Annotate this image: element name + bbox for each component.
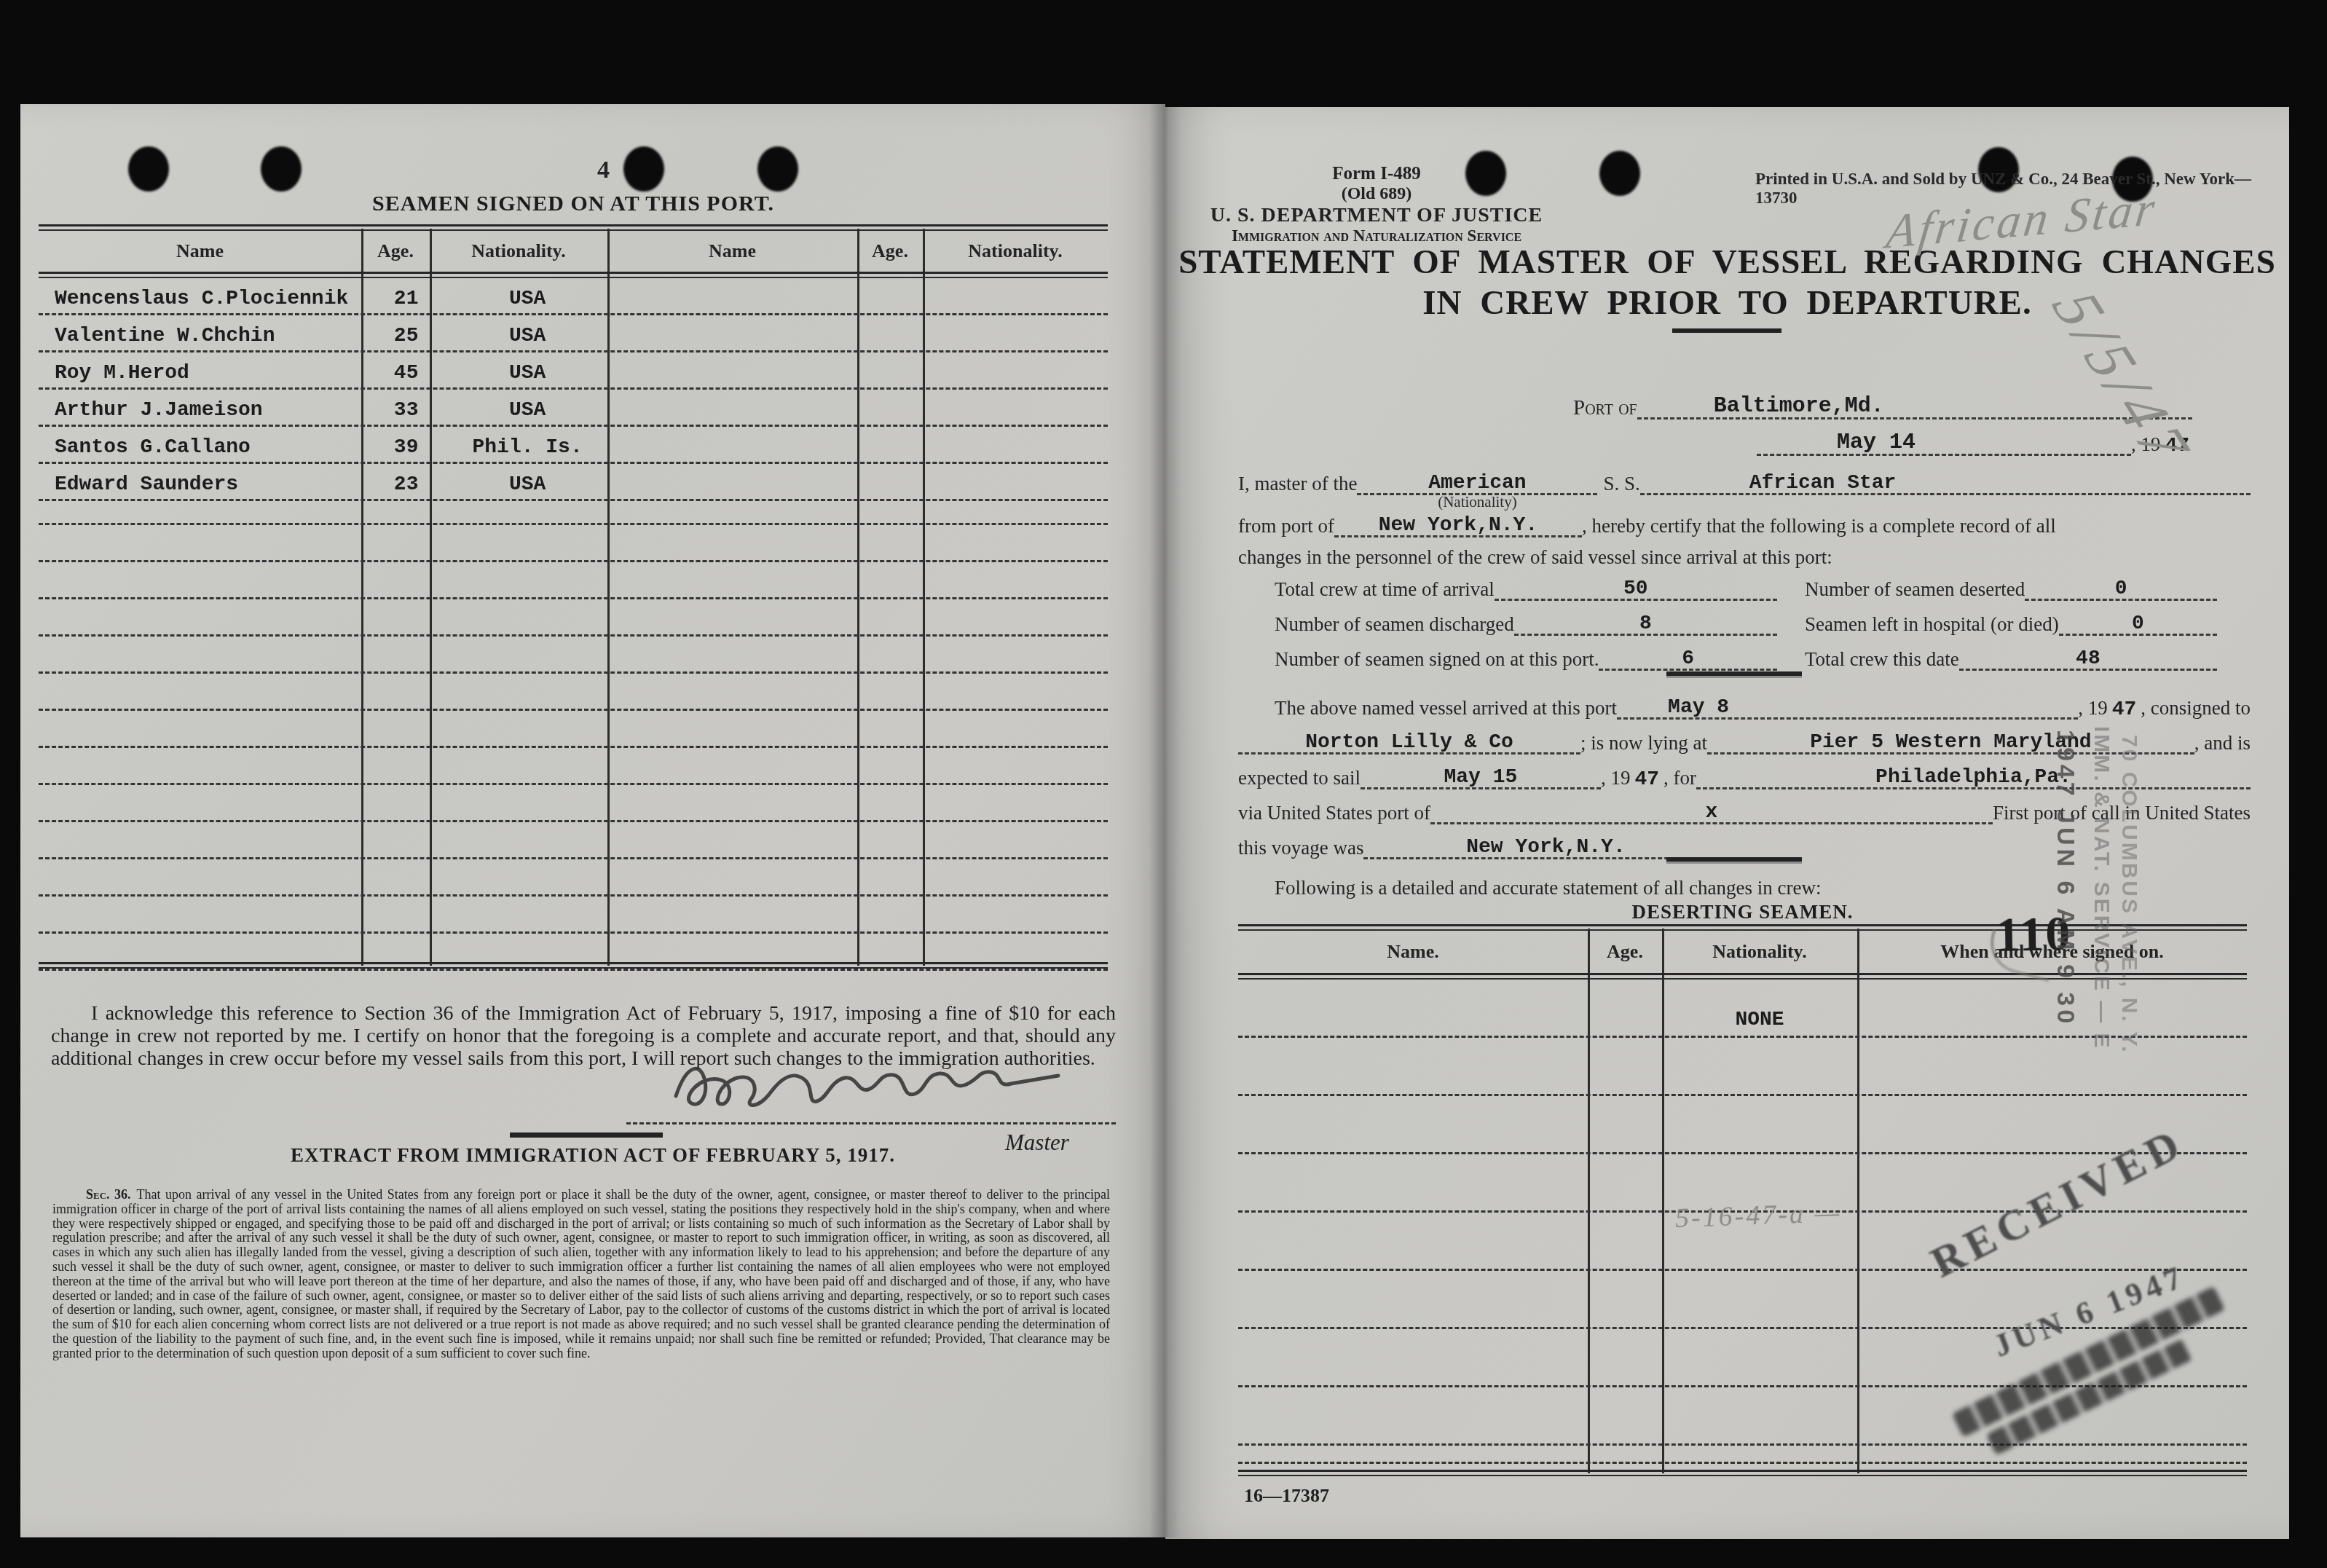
consignee-value: Norton Lilly & Co	[1305, 731, 1513, 754]
stat-field: Total crew this date 48	[1805, 643, 2245, 671]
for-label: , for	[1663, 766, 1696, 789]
sail-date: May 15	[1444, 766, 1518, 789]
column-header: Age.	[857, 240, 923, 262]
sail-label: expected to sail	[1238, 766, 1361, 789]
table-row-empty	[39, 748, 1108, 785]
seaman-age: 25	[394, 325, 419, 347]
stat-label: Total crew this date	[1805, 648, 1959, 671]
from-port-value: New York,N.Y.	[1379, 514, 1537, 537]
nationality-field: American (Nationality)	[1357, 467, 1597, 495]
department-name: U. S. DEPARTMENT OF JUSTICE	[1209, 204, 1544, 226]
from-port-line: from port of New York,N.Y. , hereby cert…	[1238, 509, 2251, 537]
page-number: 4	[597, 157, 610, 184]
ins-office-stamp-line1: IMM. & NAT. SERVICE — E	[2089, 726, 2114, 1050]
vessel-value: African Star	[1749, 472, 1897, 495]
page-fold-seam	[1149, 104, 1181, 1537]
punch-hole	[261, 146, 302, 192]
section-divider	[1666, 671, 1802, 676]
section-36-lead: Sec. 36.	[86, 1187, 131, 1202]
column-header: Nationality.	[923, 240, 1108, 262]
signature-line	[626, 1122, 1116, 1124]
via-field: x	[1430, 796, 1993, 824]
table-row-empty	[39, 599, 1108, 637]
stat-label: Seamen left in hospital (or died)	[1805, 613, 2059, 636]
seaman-nationality: USA	[509, 288, 546, 310]
stat-field: Seamen left in hospital (or died) 0	[1805, 608, 2245, 636]
seaman-name: Valentine W.Chchin	[55, 325, 275, 347]
nationality-value: American	[1428, 472, 1526, 495]
seaman-nationality: USA	[509, 399, 546, 422]
table-row-short	[1238, 1428, 2247, 1464]
arrived-date: May 8	[1668, 696, 1729, 719]
table-row: Wencenslaus C.Plociennik 21 USA	[39, 278, 1108, 315]
stat-leader: 48	[1959, 644, 2217, 671]
lying-value: Pier 5 Western Maryland	[1810, 731, 2091, 754]
certify-rest: , hereby certify that the following is a…	[1582, 514, 2056, 537]
right-page: Form I-489 (Old 689) U. S. DEPARTMENT OF…	[1165, 107, 2289, 1539]
arrived-year-label: , 19	[2078, 696, 2108, 720]
arrived-date-field: May 8	[1617, 691, 2078, 720]
column-header: Name	[607, 240, 857, 262]
stat-leader: 50	[1495, 574, 1777, 601]
following-line: Following is a detailed and accurate sta…	[1275, 876, 1821, 899]
voyage-label: this voyage was	[1238, 836, 1363, 859]
stat-leader: 8	[1514, 609, 1777, 636]
arrived-line: The above named vessel arrived at this p…	[1275, 691, 2251, 720]
table-row-empty	[39, 897, 1108, 934]
arrived-year: 47	[2112, 698, 2137, 721]
sail-dest-field: Philadelphia,Pa.	[1696, 761, 2251, 789]
table-row-empty	[39, 488, 1108, 525]
table-rule	[39, 224, 1108, 231]
sail-dest: Philadelphia,Pa.	[1875, 766, 2071, 789]
seamen-rows: Wencenslaus C.Plociennik 21 USA Valentin…	[39, 278, 1108, 501]
master-signature	[661, 1045, 1069, 1118]
form-print-code: 16—17387	[1244, 1485, 1329, 1507]
ss-label: S. S.	[1603, 472, 1639, 495]
from-port-label: from port of	[1238, 514, 1334, 537]
consignee-field: Norton Lilly & Co	[1238, 726, 1580, 755]
table-row: Santos G.Callano 39 Phil. Is.	[39, 427, 1108, 464]
crew-statistics: Total crew at time of arrival 50 Number …	[1275, 573, 2245, 671]
master-pre: I, master of the	[1238, 472, 1357, 495]
table-rule	[39, 962, 1108, 969]
stat-label: Total crew at time of arrival	[1275, 578, 1495, 601]
stat-leader: 0	[2025, 574, 2217, 601]
stat-label: Number of seamen deserted	[1805, 578, 2025, 601]
stat-field: Total crew at time of arrival 50	[1275, 573, 1805, 601]
table-rule	[39, 272, 1108, 278]
stat-value: 8	[1639, 612, 1652, 635]
ins-office-stamp-line2: 70 COLUMBUS AVE., N. Y.	[2117, 735, 2141, 1055]
scanned-document: 4 SEAMEN SIGNED ON AT THIS PORT. Name Ag…	[0, 0, 2327, 1568]
table-row: Arthur J.Jameison 33 USA	[39, 390, 1108, 427]
vessel-field: African Star	[1640, 467, 2251, 495]
voyage-value: New York,N.Y.	[1466, 836, 1625, 859]
consigned-label: , consigned to	[2141, 696, 2251, 720]
punch-hole	[1599, 151, 1640, 196]
table-row-empty	[39, 562, 1108, 599]
punch-hole	[757, 146, 798, 192]
via-label: via United States port of	[1238, 801, 1430, 824]
certify-line2: changes in the personnel of the crew of …	[1238, 545, 1832, 569]
form-number: Form I-489	[1209, 164, 1544, 184]
table-row-empty	[39, 711, 1108, 748]
voyage-field: New York,N.Y.	[1363, 831, 1728, 859]
table-row: Valentine W.Chchin 25 USA	[39, 315, 1108, 352]
column-header: Age.	[361, 240, 430, 262]
stat-leader: 0	[2059, 609, 2217, 636]
left-page: 4 SEAMEN SIGNED ON AT THIS PORT. Name Ag…	[20, 104, 1165, 1537]
seaman-age: 21	[394, 288, 419, 310]
empty-rows	[39, 488, 1108, 971]
from-port-field: New York,N.Y.	[1334, 509, 1582, 537]
seaman-age: 45	[394, 362, 419, 385]
stat-leader: 6	[1599, 644, 1777, 671]
stat-field: Number of seamen deserted 0	[1805, 573, 2245, 601]
table-header-row: Name Age. Nationality. Name Age. Nationa…	[39, 231, 1108, 272]
seaman-nationality: USA	[509, 362, 546, 385]
sail-date-field: May 15	[1361, 761, 1601, 789]
date-value: May 14	[1837, 430, 1915, 455]
and-is-label: , and is	[2194, 731, 2251, 755]
punch-hole	[128, 146, 169, 192]
via-value: x	[1706, 801, 1718, 824]
seaman-age: 39	[394, 436, 419, 459]
stat-value: 50	[1623, 578, 1648, 600]
stat-value: 0	[2115, 578, 2127, 600]
form-title-line1: STATEMENT OF MASTER OF VESSEL REGARDING …	[1165, 243, 2289, 282]
date-field: May 14	[1757, 428, 2131, 456]
stat-value: 48	[2076, 647, 2100, 670]
table-row-empty	[39, 785, 1108, 822]
table-row-empty	[39, 822, 1108, 859]
table-row: Roy M.Herod 45 USA	[39, 352, 1108, 390]
seaman-nationality: Phil. Is.	[473, 436, 583, 459]
seaman-name: Wencenslaus C.Plociennik	[55, 288, 348, 310]
ins-time-stamp: 1947 JUN 6 AM 9 30	[2051, 730, 2079, 1027]
lying-label: ; is now lying at	[1580, 731, 1707, 755]
sail-year: 47	[1634, 768, 1659, 791]
deserter-nationality: NONE	[1735, 1009, 1784, 1031]
stat-label: Number of seamen discharged	[1275, 613, 1514, 636]
port-value: Baltimore,Md.	[1714, 394, 1884, 419]
section-divider	[510, 1132, 663, 1138]
stat-field: Number of seamen signed on at this port.…	[1275, 643, 1805, 671]
seaman-name: Arthur J.Jameison	[55, 399, 263, 422]
handwritten-clerk-note: 5-16-47-a —	[1674, 1197, 1842, 1234]
column-header: Name.	[1238, 941, 1588, 963]
column-header: Nationality.	[1662, 941, 1857, 963]
section-36-text: Sec. 36.That upon arrival of any vessel …	[52, 1188, 1110, 1361]
stat-value: 0	[2132, 612, 2144, 635]
seaman-name: Roy M.Herod	[55, 362, 189, 385]
table-row-empty	[39, 859, 1108, 897]
arrived-pre: The above named vessel arrived at this p…	[1275, 696, 1617, 720]
seamen-signed-on-table: Name Age. Nationality. Name Age. Nationa…	[39, 224, 1108, 969]
section-36-body: That upon arrival of any vessel in the U…	[52, 1187, 1110, 1360]
column-header: Name	[39, 240, 361, 262]
stat-field: Number of seamen discharged 8	[1275, 608, 1805, 636]
column-header: Nationality.	[430, 240, 607, 262]
table-row-empty	[39, 637, 1108, 674]
form-old-number: (Old 689)	[1209, 184, 1544, 204]
certify-line2-text: changes in the personnel of the crew of …	[1238, 545, 1832, 569]
table-rule	[1238, 1470, 2247, 1476]
following-text: Following is a detailed and accurate sta…	[1275, 876, 1821, 899]
seaman-age: 33	[394, 399, 419, 422]
stat-label: Number of seamen signed on at this port.	[1275, 648, 1599, 671]
punch-hole	[623, 146, 664, 192]
sail-year-label: , 19	[1601, 766, 1631, 789]
master-line: I, master of the American (Nationality) …	[1238, 467, 2251, 495]
extract-heading: EXTRACT FROM IMMIGRATION ACT OF FEBRUARY…	[20, 1144, 1165, 1167]
section-divider	[1666, 857, 1802, 862]
stat-value: 6	[1682, 647, 1694, 670]
port-label: Port of	[1573, 396, 1637, 419]
form-id-block: Form I-489 (Old 689) U. S. DEPARTMENT OF…	[1209, 164, 1544, 245]
seaman-nationality: USA	[509, 325, 546, 347]
column-header: Age.	[1588, 941, 1662, 963]
table-row-empty	[39, 525, 1108, 562]
seaman-name: Santos G.Callano	[55, 436, 251, 459]
left-page-title: SEAMEN SIGNED ON AT THIS PORT.	[39, 192, 1108, 216]
table-row	[1238, 1096, 2247, 1154]
table-row-empty	[39, 674, 1108, 711]
title-underline	[1672, 328, 1781, 333]
